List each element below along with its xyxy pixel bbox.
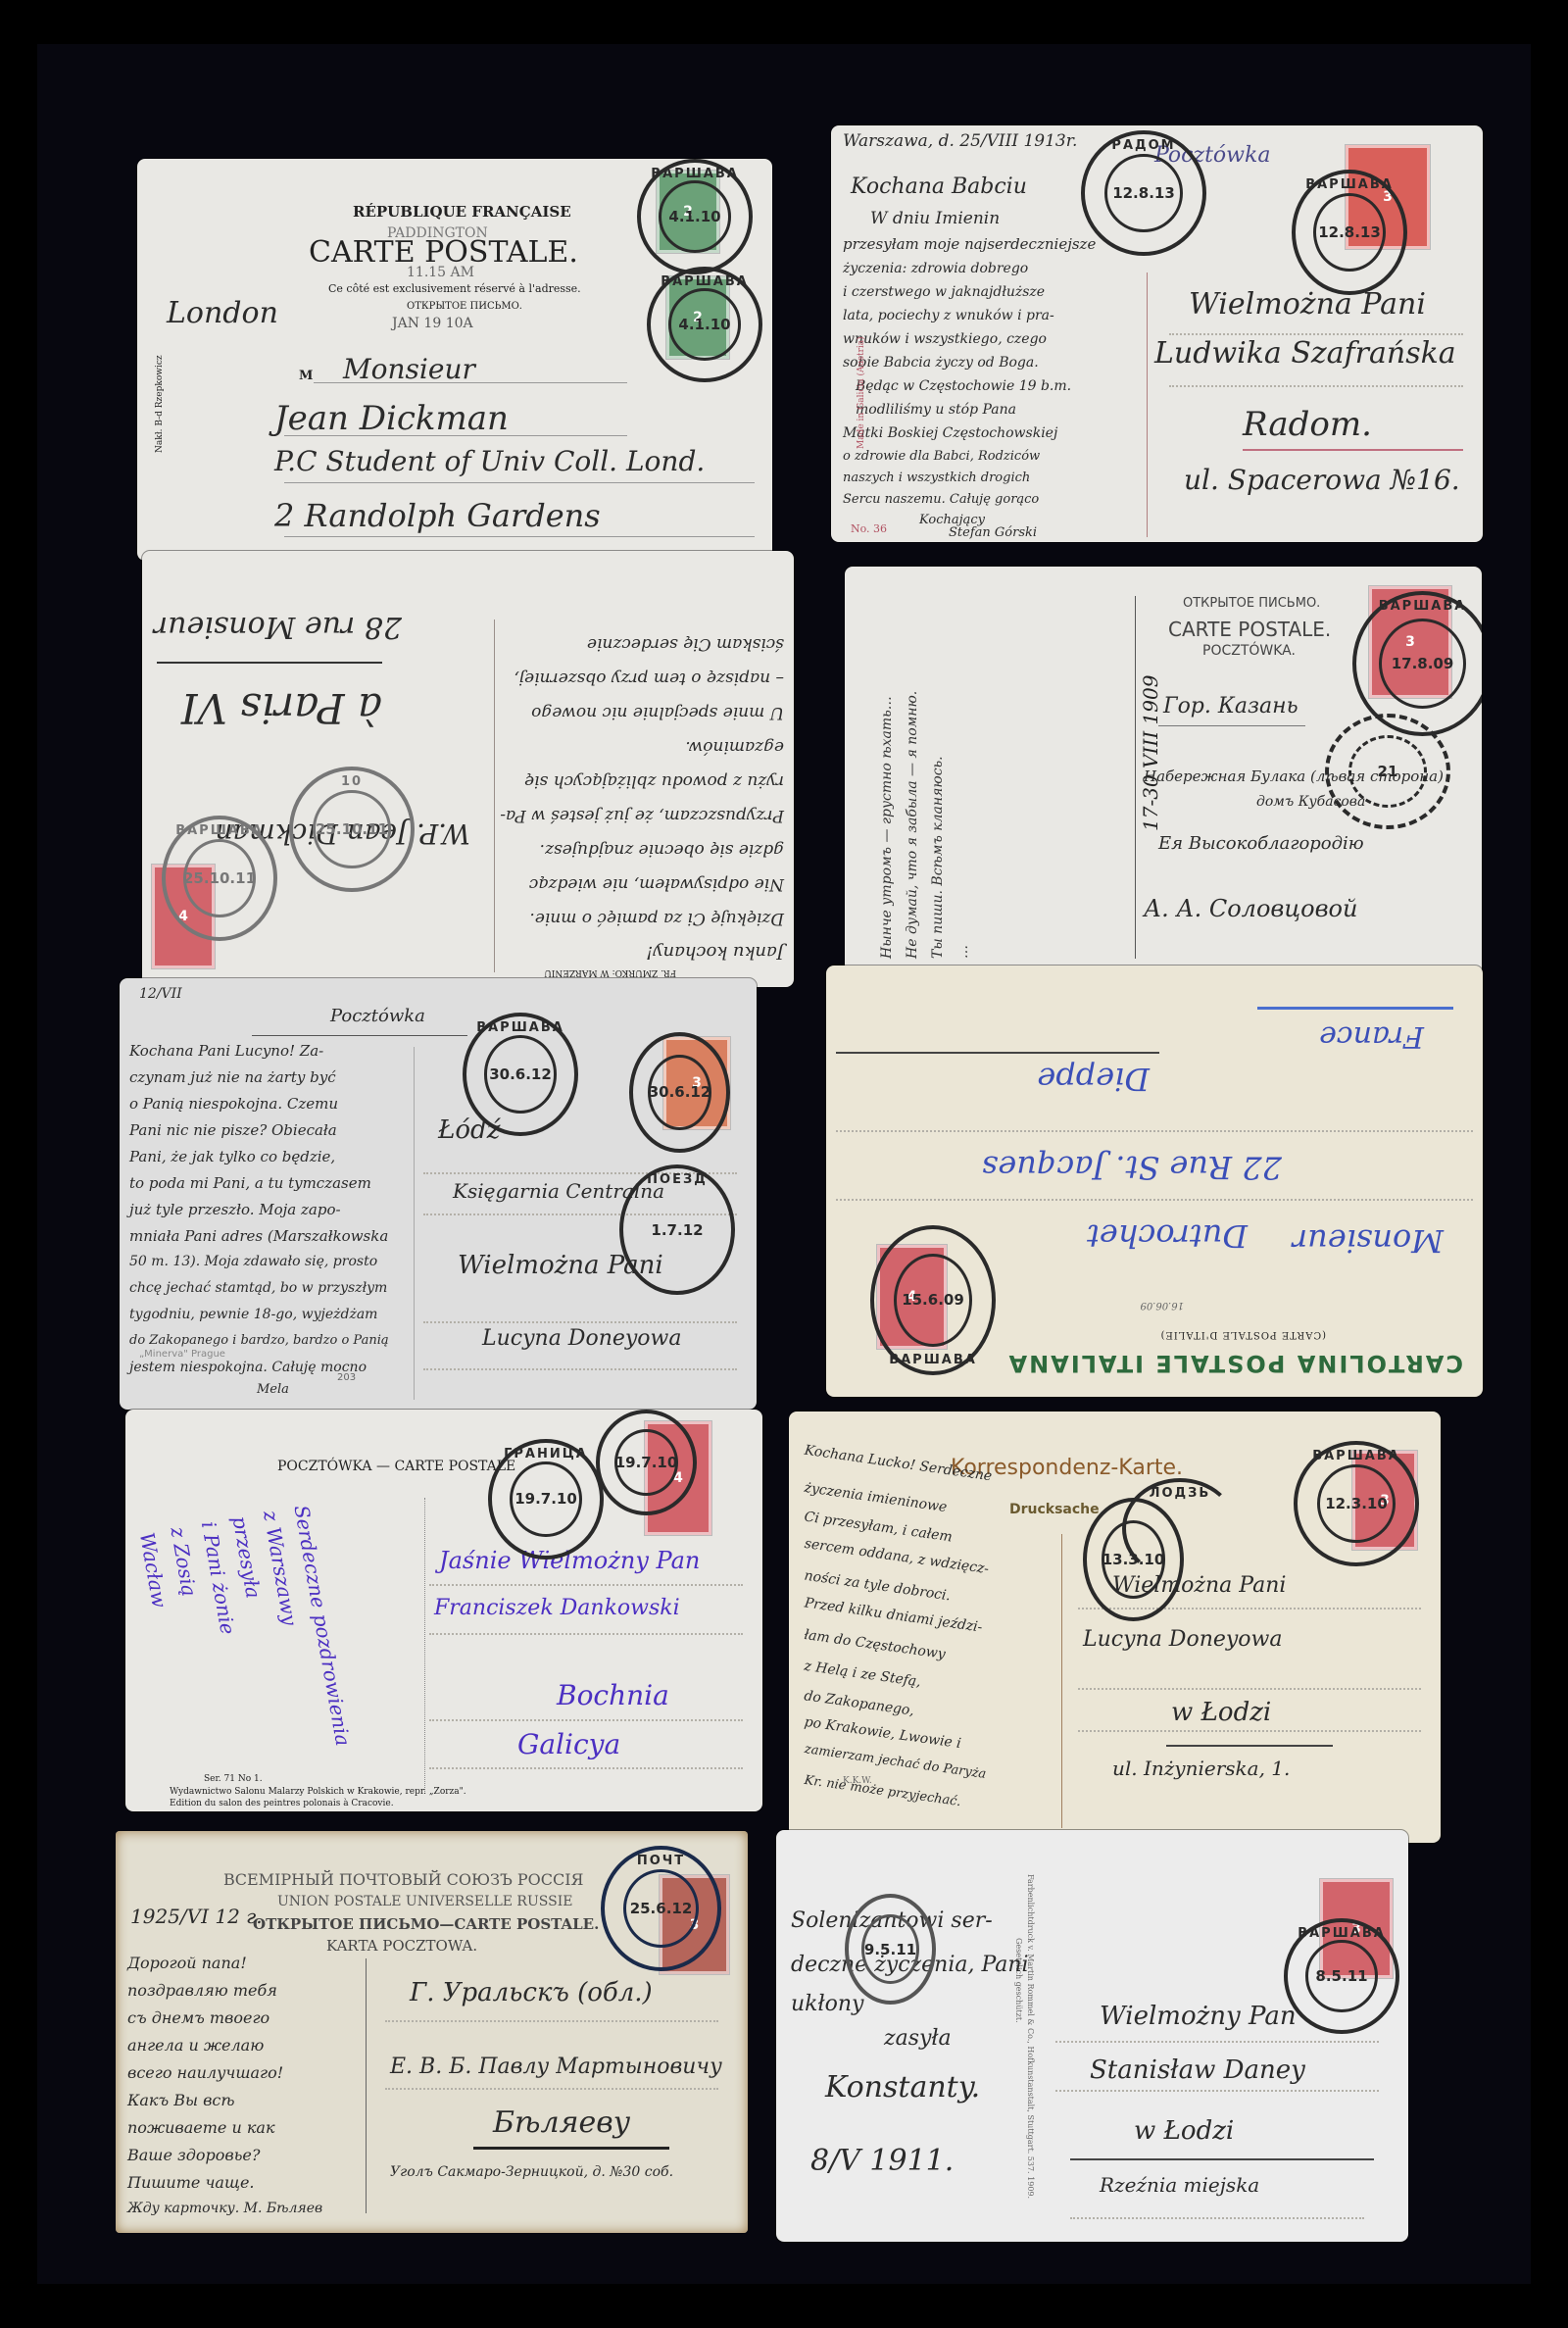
printer-imprint-2: Gesetzlich geschützt. (1014, 1938, 1023, 2023)
hand-city: Г. Уральскъ (обл.) (410, 1978, 653, 2007)
hand-city: w Łodzi (1134, 2116, 1234, 2146)
printer-imprint: Farbenlichtdruck v. Martin Rommel & Co.,… (1026, 1874, 1035, 2199)
postmark-post: ПОЧТ 25.6.12 (601, 1846, 721, 1971)
publisher-series: Ser. 71 No 1. (204, 1774, 263, 1784)
hand-message-line: egzaminów. (685, 737, 784, 757)
overprint-date: JAN 19 10A (392, 316, 473, 331)
hand-message-line: U mnie specjalnie nic nowego (531, 703, 784, 722)
hand-date: 17-30 VIII 1909 (1139, 675, 1162, 831)
hand-street: 2 Randolph Gardens (274, 497, 601, 534)
hand-signature: Stefan Górski (949, 525, 1037, 540)
hand-line: съ днемъ твоего (127, 2008, 269, 2027)
hand-line: o zdrowie dla Babci, Rodziców (843, 449, 1040, 464)
postcard-italian: CARTOLINA POSTALE ITALIANA (CARTE POSTAL… (826, 966, 1483, 1397)
overprint-time: 11.15 AM (407, 265, 474, 280)
hand-pocztowka: Pocztówka (330, 1006, 425, 1026)
series-number: 203 (337, 1372, 356, 1383)
postmark-warsaw: ВАРШАВА 15.6.09 (870, 1225, 996, 1375)
hand-line: przesyłam moje najserdeczniejsze (843, 235, 1096, 253)
hand-line: modliliśmy u stóp Pana (856, 402, 1016, 418)
hand-line: Ваше здоровье? (127, 2146, 260, 2164)
hand-date: 8/V 1911. (810, 2144, 954, 2178)
header-republique: RÉPUBLIQUE FRANÇAISE (353, 203, 571, 221)
hand-london: London (167, 296, 278, 330)
postmark-warsaw: ВАРШАВА 30.6.12 (463, 1013, 578, 1136)
hand-line: wnuków i wszystkiego, czego (843, 331, 1047, 347)
postmark-warsaw: ВАРШАВА 8.5.11 (1284, 1918, 1399, 2034)
hand-line: Пишите чаще. (127, 2173, 255, 2192)
hand-message-line: Dziękuję Ci za pamięć o mnie. (529, 909, 784, 928)
hand-line: jestem niespokojna. Całuję mocno (129, 1360, 367, 1375)
hand-date-line: Warszawa, d. 25/VIII 1913r. (843, 131, 1077, 151)
postmark-warsaw: 10 25.10.11 (289, 767, 415, 892)
hand-address-line: Franciszek Dankowski (434, 1596, 680, 1620)
hand-line: do Zakopanego i bardzo, bardzo o Panią (129, 1333, 389, 1348)
hand-line: Sercu naszemu. Całuję gorąco (843, 492, 1039, 507)
pencil-note: 16.06.09 (1140, 1300, 1184, 1311)
hand-message-line: ściskam Cię serdecznie (587, 634, 784, 654)
hand-region: Galicya (517, 1728, 620, 1760)
hand-line: Жду карточку. М. Бѣляев (127, 2201, 322, 2216)
hand-address-line: ul. Inżynierska, 1. (1112, 1757, 1290, 1780)
hand-line: o Panią niespokojna. Czemu (129, 1095, 338, 1113)
postmark-warsaw: ВАРШАВА 12.8.13 (1292, 170, 1407, 295)
hand-message-line: Janku kochany! (646, 942, 784, 963)
hand-line: Какъ Вы всѣ (127, 2091, 235, 2109)
hand-address-line: Rzeźnia miejska (1100, 2173, 1259, 2197)
postmark-radom: РАДОМ 12.8.13 (1081, 130, 1206, 256)
header-pocztowka: POCZTÓWKA — CARTE POSTALE (277, 1459, 515, 1474)
postmark-lodz: ЛОДЗЬ (1122, 1478, 1238, 1579)
hand-line: Pani nic nie pisze? Obiecała (129, 1121, 337, 1139)
publisher-imprint: Nakł. B-d Rzepkowicz (155, 355, 165, 453)
hand-address-line: Wielmożny Pan (1100, 2002, 1297, 2031)
hand-name: Dutrochet (1087, 1217, 1248, 1255)
hand-line: Będąc w Częstochowie 19 b.m. (856, 378, 1071, 394)
hand-line: Kochana Babciu (851, 174, 1027, 199)
hand-line: Przed kilku dniami jeździ- (804, 1595, 984, 1635)
hand-address-line: ul. Spacerowa №16. (1184, 464, 1460, 496)
hand-monsieur: Monsieur (1293, 1222, 1444, 1260)
postcard-paris: FR. ŻMURKO: W MARZENIU Janku kochany! Dz… (142, 551, 794, 987)
hand-line: W dniu Imienin (870, 209, 1000, 228)
postcard-korrespondenz: Korrespondenz-Karte. Drucksache Kochana … (789, 1412, 1441, 1843)
hand-address-line: Wielmożna Pani (1189, 287, 1426, 322)
postmark-warsaw: 30.6.12 (629, 1032, 730, 1153)
series-number: No. 36 (851, 522, 887, 535)
header-drucksache: Drucksache (1009, 1502, 1100, 1517)
hand-signature: Mela (257, 1382, 289, 1397)
hand-line: naszych i wszystkich drogich (843, 471, 1030, 485)
hand-city: w Łodzi (1171, 1698, 1271, 1727)
hand-line: czynam już nie na żarty być (129, 1068, 336, 1086)
header-carte-italie: (CARTE POSTALE D'ITALIE) (1160, 1329, 1326, 1340)
postmark-warsaw: ВАРШАВА 25.10.11 (162, 816, 277, 941)
postcard-lodz-lucyna: 12/VII Pocztówka Kochana Pani Lucyno! Za… (120, 978, 757, 1410)
hand-city: à Paris VI (181, 684, 382, 732)
postcard-uralsk: ВСЕМІРНЫЙ ПОЧТОВЫЙ СОЮЗЪ РОССІЯ UNION PO… (116, 1831, 748, 2233)
header-cartolina: CARTOLINA POSTALE ITALIANA (1007, 1350, 1463, 1377)
hand-line: sobie Babcia życzy od Boga. (843, 355, 1039, 371)
made-in-galicia: Made in Galicia (Austria) (857, 336, 866, 449)
hand-line: Matki Boskiej Częstochowskiej (843, 425, 1057, 441)
hand-surname: Бѣляеву (493, 2105, 630, 2140)
postmark-granica: 19.7.10 (596, 1410, 697, 1515)
hand-line: всего наилучшаго! (127, 2063, 283, 2082)
hand-line: поздравляю тебя (127, 1981, 277, 2000)
hand-address-line: Уголъ Сакмаро-Зерницкой, д. №30 соб. (390, 2164, 673, 2180)
hand-message-line: Nie odpisywałem, nie wiedząc (529, 874, 784, 894)
postmark-granica: ГРАНИЦА 19.7.10 (488, 1439, 604, 1560)
publisher-minerva: „Minerva" Prague (139, 1349, 225, 1360)
hand-message-line: gdzie się obecnie znajdujesz. (540, 840, 784, 860)
hand-line: поживаете и как (127, 2118, 275, 2137)
postcard-kazan: 17-30 VIII 1909 Нынче утромъ — грустно ѣ… (845, 567, 1482, 976)
hand-signature: Konstanty. (825, 2070, 980, 2105)
hand-line: ukłony (791, 1992, 863, 2016)
publisher-kkw: K.K.W. (843, 1776, 872, 1786)
header-otkrytoe: ОТКРЫТОЕ ПИСЬМО. (1183, 596, 1320, 611)
header-pocztowka: POCZTÓWKA. (1202, 643, 1296, 659)
hand-address-line: Lucyna Doneyowa (482, 1326, 682, 1351)
postmark-arrival: 21 (1325, 714, 1450, 829)
hand-line: tygodniu, pewnie 18-go, wyjeżdżam (129, 1307, 377, 1322)
hand-address-line: Stanisław Daney (1090, 2056, 1305, 2085)
header-upu-french: UNION POSTALE UNIVERSELLE RUSSIE (277, 1894, 572, 1909)
header-russian: ОТКРЫТОЕ ПИСЬМО. (407, 301, 522, 312)
hand-student: P.C Student of Univ Coll. Lond. (274, 445, 705, 477)
postmark-warsaw: ВАРШАВА 4.1.10 (647, 267, 762, 382)
hand-message: Нынче утромъ — грустно ѣхать… Не думай, … (874, 691, 976, 959)
hand-line: i czerstwego w jaknajdłuższe (843, 284, 1045, 300)
hand-line: już tyle przeszło. Moja zapo- (129, 1201, 341, 1218)
hand-line: lata, pociechy z wnuków i pra- (843, 308, 1054, 323)
header-upu-russian: ВСЕМІРНЫЙ ПОЧТОВЫЙ СОЮЗЪ РОССІЯ (223, 1870, 583, 1889)
postmark-train: ПОЕЗД 1.7.12 (619, 1164, 735, 1295)
hand-address-line: Е. В. Б. Павлу Мартыновичу (390, 2055, 722, 2079)
publisher-line: Wydawnictwo Salonu Malarzy Polskich w Kr… (170, 1787, 466, 1797)
publisher-line: Edition du salon des peintres polonais à… (170, 1799, 394, 1808)
hand-date: 12/VII (139, 986, 182, 1002)
header-carte-postale: ОТКРЫТОЕ ПИСЬМО—CARTE POSTALE. (253, 1915, 599, 1933)
header-reserve: Ce côté est exclusivement réservé à l'ad… (328, 282, 581, 295)
hand-line: do Zakopanego, (803, 1688, 914, 1719)
hand-address-line: А. А. Соловцовой (1144, 895, 1357, 922)
hand-line: mniała Pani adres (Marszałkowska (129, 1227, 388, 1245)
hand-line: to poda mi Pani, a tu tymczasem (129, 1174, 371, 1192)
hand-country: France (1319, 1019, 1424, 1054)
hand-message-line: Przypuszczam, że już jesteś w Pa- (500, 806, 784, 825)
postcard-london: RÉPUBLIQUE FRANÇAISE PADDINGTON CARTE PO… (137, 159, 772, 561)
hand-line: 50 m. 13). Moja zdawało się, prosto (129, 1254, 377, 1269)
hand-line: zasyła (884, 2026, 952, 2051)
printed-artist: FR. ŻMURKO: W MARZENIU (544, 967, 676, 977)
hand-line: Kr. nie może przyjechać. (804, 1773, 962, 1809)
hand-line: chcę jechać stamtąd, bo w przyszłym (129, 1280, 387, 1296)
postcard-bochnia: POCZTÓWKA — CARTE POSTALE Ser. 71 No 1. … (125, 1410, 762, 1811)
hand-address-line: Ludwika Szafrańska (1154, 336, 1456, 371)
hand-line: Pani, że jak tylko co będzie, (129, 1148, 335, 1165)
hand-street: 28 rue Monsieur (154, 610, 402, 644)
header-carte-postale: CARTE POSTALE. (1168, 618, 1331, 641)
hand-city: Dieppe (1037, 1061, 1150, 1098)
hand-address-line: Ея Высокоблагородію (1158, 833, 1364, 854)
hand-city: Bochnia (557, 1679, 669, 1711)
hand-street: 22 Rue St. Jacques (982, 1149, 1282, 1186)
hand-date: 1925/VI 12 г. (130, 1905, 263, 1928)
hand-message-line: ryżu z powodu zbliżających się (524, 771, 784, 791)
hand-line: ангела и желаю (127, 2036, 264, 2055)
address-prefix: M (299, 369, 313, 383)
header-karta: KARTA POCZTOWA. (326, 1937, 477, 1955)
postcard-stanislaw: Farbenlichtdruck v. Martin Rommel & Co.,… (776, 1830, 1408, 2242)
postmark-warsaw: ВАРШАВА 12.3.10 (1294, 1441, 1419, 1566)
postmark-warsaw: ВАРШАВА 4.1.10 (637, 159, 753, 274)
hand-message: Serdeczne pozdrowienia z Warszawy przesy… (131, 1503, 359, 1775)
postcard-radom: Warszawa, d. 25/VIII 1913r. Kochana Babc… (831, 125, 1483, 542)
hand-address-line: Lucyna Doneyowa (1083, 1627, 1283, 1652)
hand-name: Jean Dickman (274, 399, 509, 438)
hand-line: życzenia: zdrowia dobrego (843, 261, 1028, 276)
hand-line: łam do Częstochowy (804, 1627, 947, 1662)
message-scribble: Нынче утромъ — грустно ѣхать… (874, 691, 900, 959)
hand-line: Kochana Pani Lucyno! Za- (129, 1042, 323, 1060)
hand-message-line: – napiszę o tem przy obszerniej, (514, 669, 784, 688)
hand-line: Дорогой папа! (127, 1954, 247, 1972)
hand-address-line: Radom. (1243, 405, 1372, 444)
hand-address-line: Гор. Казань (1163, 694, 1298, 718)
postmark-faint: 9.5.11 (845, 1894, 936, 2005)
hand-line: z Helą i ze Stefą, (803, 1659, 921, 1691)
hand-line: życzenia imieninowe (804, 1480, 949, 1515)
hand-monsieur: Monsieur (343, 353, 475, 385)
